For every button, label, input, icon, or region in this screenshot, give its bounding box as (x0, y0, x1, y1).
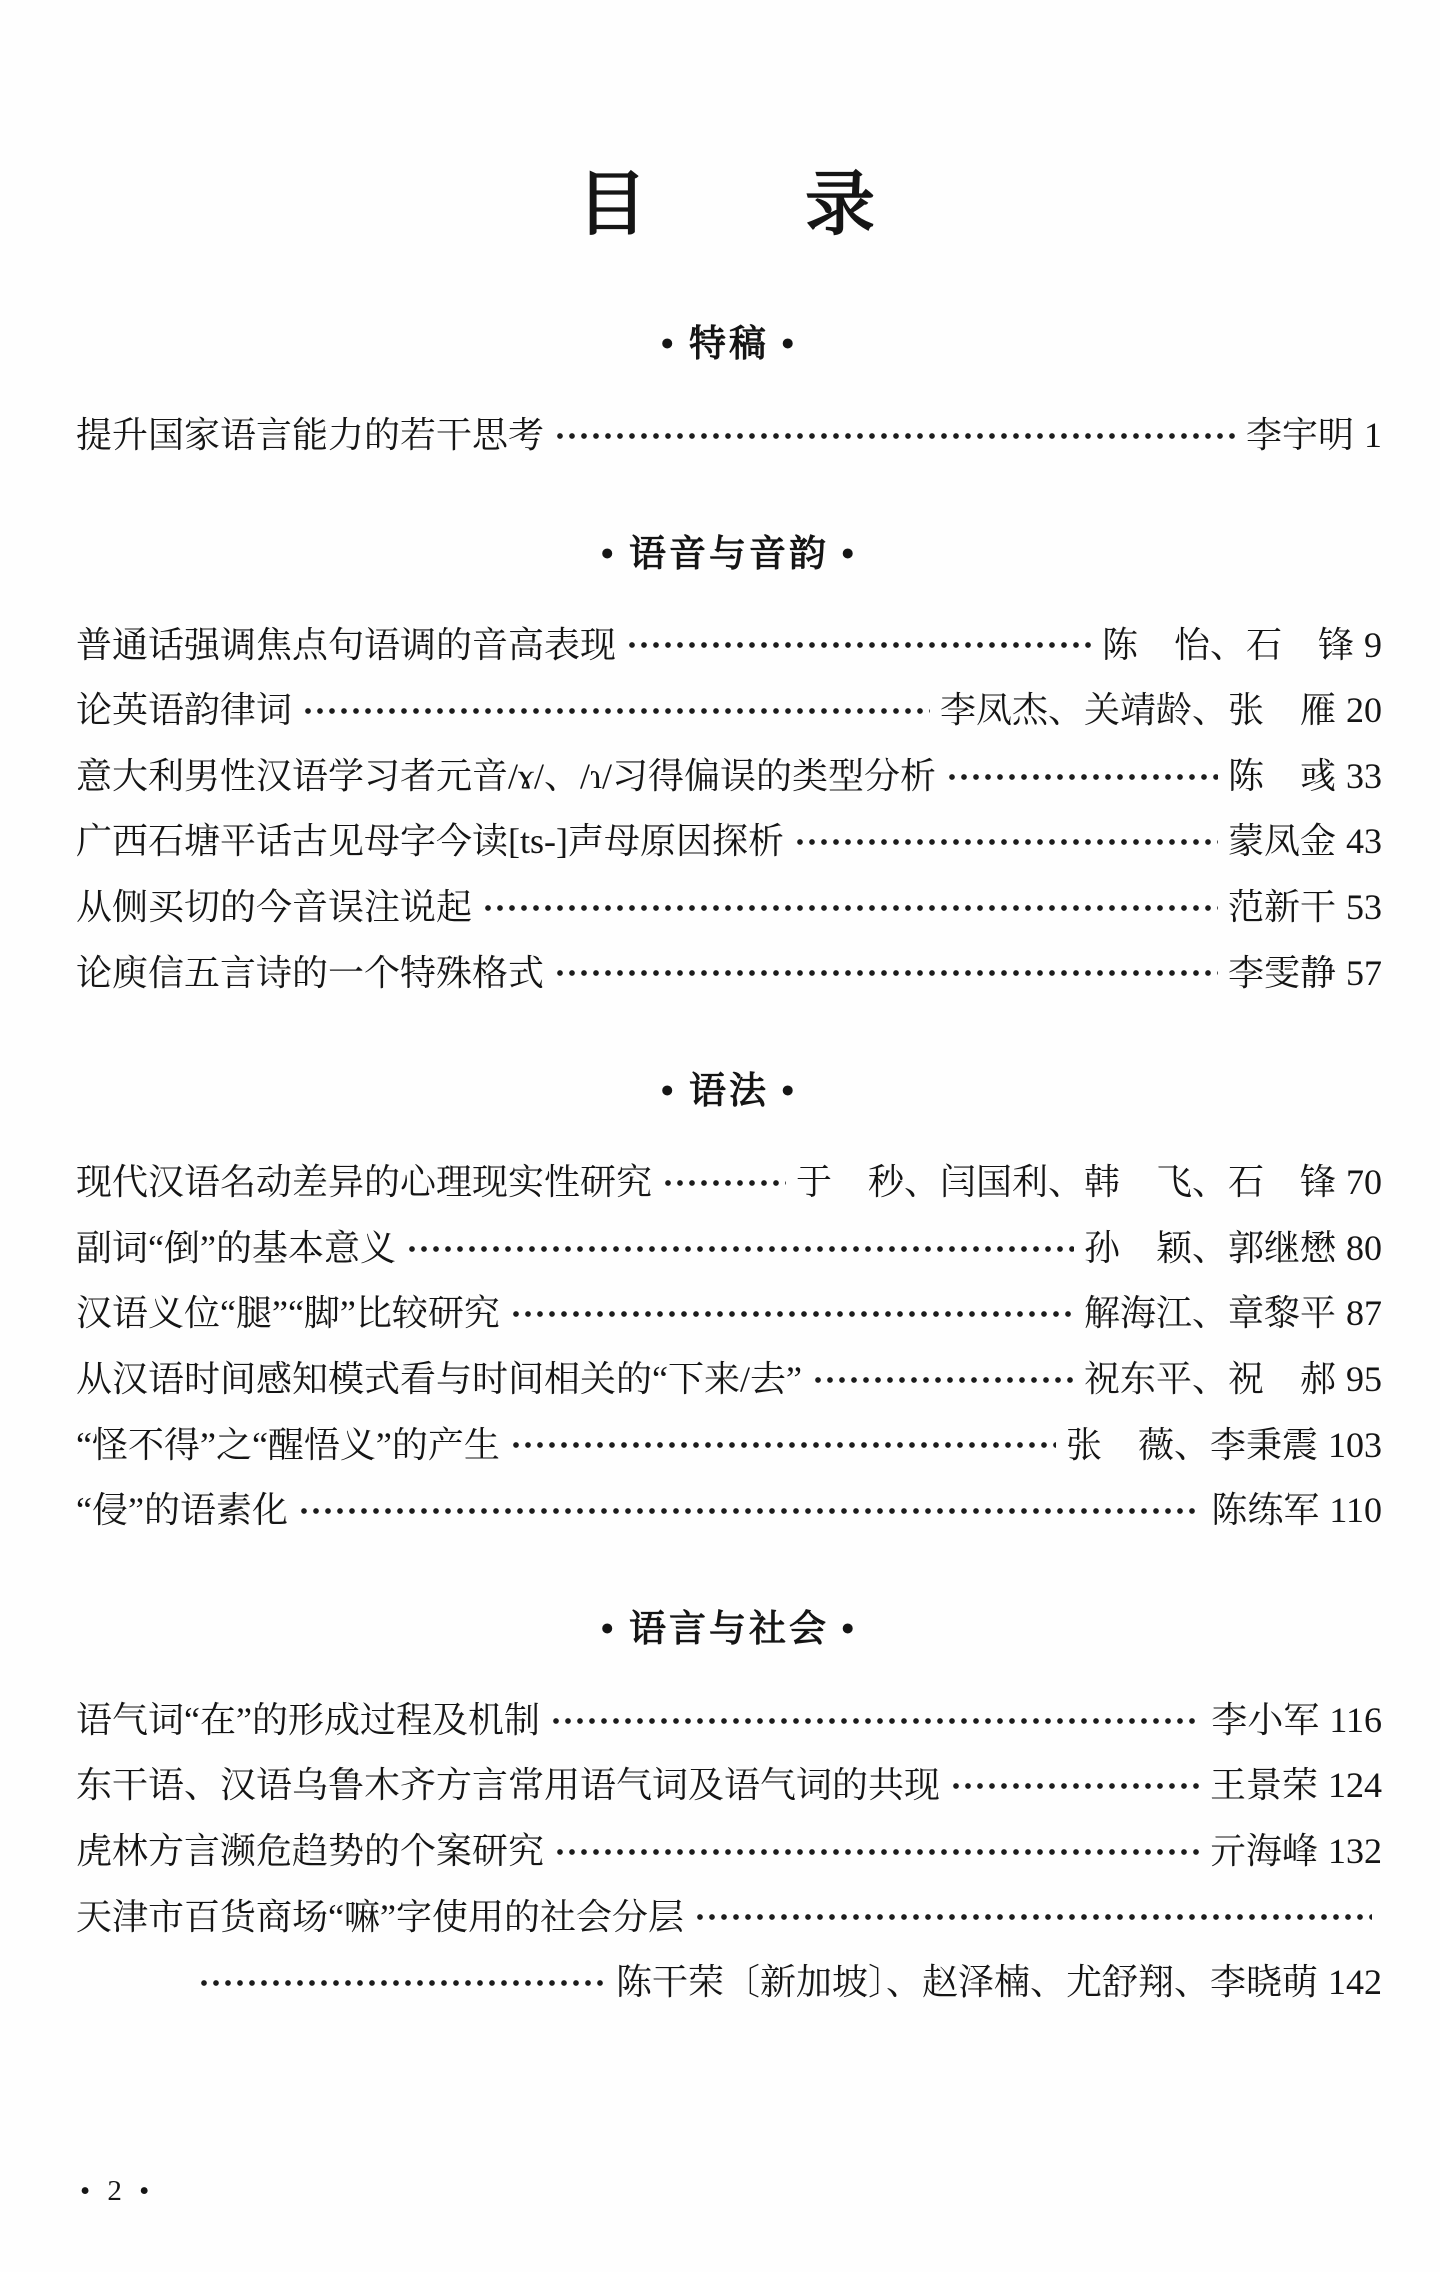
toc-entry: “侵”的语素化陈练军110 (76, 1478, 1382, 1544)
dot-leader (794, 824, 1218, 860)
entry-title: 论英语韵律词 (76, 691, 292, 731)
entry-title: 天津市百货商场“嘛”字使用的社会分层 (76, 1898, 684, 1938)
dot-leader (694, 1899, 1372, 1935)
dot-leader (198, 1965, 606, 2001)
entry-page-number: 116 (1329, 1701, 1382, 1741)
entry-authors: 孙 颖、郭继懋 (1084, 1229, 1336, 1269)
entry-authors: 李宇明 (1246, 416, 1354, 456)
toc-entry: “怪不得”之“醒悟义”的产生张 薇、李秉震103 (76, 1413, 1382, 1479)
toc-entry: 广西石塘平话古见母字今读[ts-]声母原因探析蒙凤金43 (76, 809, 1382, 875)
entry-page-number: 20 (1346, 691, 1382, 731)
entry-authors: 陈 怡、石 锋 (1102, 626, 1354, 666)
entry-authors: 李凤杰、关靖龄、张 雁 (940, 691, 1336, 731)
toc-entry: 现代汉语名动差异的心理现实性研究于 秒、闫国利、韩 飞、石 锋70 (76, 1150, 1382, 1216)
toc-entry: 天津市百货商场“嘛”字使用的社会分层 (76, 1885, 1382, 1951)
dot-leader (812, 1362, 1074, 1398)
entry-page-number: 70 (1346, 1163, 1382, 1203)
entry-title: 现代汉语名动差异的心理现实性研究 (76, 1163, 652, 1203)
entry-title: 从侧买切的今音误注说起 (76, 888, 472, 928)
entry-title: “侵”的语素化 (76, 1491, 288, 1531)
entry-page-number: 1 (1364, 416, 1382, 456)
toc-entry: 陈干荣〔新加坡〕、赵泽楠、尤舒翔、李晓萌142 (188, 1950, 1382, 2016)
entry-page-number: 87 (1346, 1294, 1382, 1334)
toc-entry: 从侧买切的今音误注说起范新干53 (76, 875, 1382, 941)
dot-leader (406, 1231, 1074, 1267)
entry-title: 语气词“在”的形成过程及机制 (76, 1701, 540, 1741)
entry-authors: 于 秒、闫国利、韩 飞、石 锋 (796, 1163, 1336, 1203)
entry-page-number: 124 (1328, 1766, 1382, 1806)
toc-entry: 论庾信五言诗的一个特殊格式李雯静57 (76, 941, 1382, 1007)
entry-title: 意大利男性汉语学习者元音/ɤ/、/ɿ/习得偏误的类型分析 (76, 757, 936, 797)
entry-authors: 亓海峰 (1210, 1832, 1318, 1872)
toc-entry: 论英语韵律词李凤杰、关靖龄、张 雁20 (76, 678, 1382, 744)
entry-title: 论庾信五言诗的一个特殊格式 (76, 954, 544, 994)
page-title: 目 录 (76, 148, 1382, 249)
section-heading: • 特稿 • (76, 313, 1382, 367)
toc-entry: 东干语、汉语乌鲁木齐方言常用语气词及语气词的共现王景荣124 (76, 1753, 1382, 1819)
dot-leader (946, 759, 1218, 795)
entry-title: 提升国家语言能力的若干思考 (76, 416, 544, 456)
dot-leader (302, 693, 930, 729)
entry-title: 东干语、汉语乌鲁木齐方言常用语气词及语气词的共现 (76, 1766, 940, 1806)
entry-page-number: 33 (1346, 757, 1382, 797)
section-heading: • 语音与音韵 • (76, 523, 1382, 577)
dot-leader (950, 1768, 1200, 1804)
toc-entry: 语气词“在”的形成过程及机制李小军116 (76, 1688, 1382, 1754)
dot-leader (662, 1165, 786, 1201)
entry-page-number: 9 (1364, 626, 1382, 666)
entry-authors: 李雯静 (1228, 954, 1336, 994)
entry-authors: 王景荣 (1210, 1766, 1318, 1806)
toc-entry: 普通话强调焦点句语调的音高表现陈 怡、石 锋9 (76, 613, 1382, 679)
entry-title: 虎林方言濒危趋势的个案研究 (76, 1832, 544, 1872)
entry-title: 广西石塘平话古见母字今读[ts-]声母原因探析 (76, 822, 784, 862)
dot-leader (298, 1493, 1201, 1529)
entry-title: 从汉语时间感知模式看与时间相关的“下来/去” (76, 1360, 802, 1400)
entry-page-number: 53 (1346, 888, 1382, 928)
entry-authors: 解海江、章黎平 (1084, 1294, 1336, 1334)
toc-entry: 虎林方言濒危趋势的个案研究亓海峰132 (76, 1819, 1382, 1885)
dot-leader (482, 890, 1218, 926)
entry-authors: 陈 彧 (1228, 757, 1336, 797)
dot-leader (510, 1427, 1056, 1463)
toc: • 特稿 •提升国家语言能力的若干思考李宇明1• 语音与音韵 •普通话强调焦点句… (76, 313, 1382, 2016)
entry-page-number: 103 (1328, 1426, 1382, 1466)
toc-entry: 副词“倒”的基本意义孙 颖、郭继懋80 (76, 1216, 1382, 1282)
dot-leader (626, 627, 1092, 663)
document-page: 目 录 • 特稿 •提升国家语言能力的若干思考李宇明1• 语音与音韵 •普通话强… (0, 0, 1440, 2272)
section-heading: • 语言与社会 • (76, 1598, 1382, 1652)
page-number-footer: • 2 • (80, 2175, 154, 2208)
entry-title: 普通话强调焦点句语调的音高表现 (76, 626, 616, 666)
entry-authors: 祝东平、祝 郝 (1084, 1360, 1336, 1400)
section-heading: • 语法 • (76, 1060, 1382, 1114)
toc-entry: 从汉语时间感知模式看与时间相关的“下来/去”祝东平、祝 郝95 (76, 1347, 1382, 1413)
dot-leader (554, 418, 1236, 454)
entry-page-number: 110 (1329, 1491, 1382, 1531)
entry-page-number: 57 (1346, 954, 1382, 994)
entry-authors: 张 薇、李秉震 (1066, 1426, 1318, 1466)
entry-title: 汉语义位“腿”“脚”比较研究 (76, 1294, 500, 1334)
dot-leader (554, 1834, 1200, 1870)
entry-page-number: 142 (1328, 1963, 1382, 2003)
entry-title: 副词“倒”的基本意义 (76, 1229, 396, 1269)
entry-page-number: 95 (1346, 1360, 1382, 1400)
entry-authors: 蒙凤金 (1228, 822, 1336, 862)
dot-leader (550, 1703, 1201, 1739)
entry-title: “怪不得”之“醒悟义”的产生 (76, 1426, 500, 1466)
toc-entry: 意大利男性汉语学习者元音/ɤ/、/ɿ/习得偏误的类型分析陈 彧33 (76, 744, 1382, 810)
dot-leader (554, 955, 1218, 991)
dot-leader (510, 1296, 1074, 1332)
toc-entry: 汉语义位“腿”“脚”比较研究解海江、章黎平87 (76, 1281, 1382, 1347)
entry-page-number: 80 (1346, 1229, 1382, 1269)
entry-authors: 李小军 (1211, 1701, 1319, 1741)
entry-authors: 陈练军 (1211, 1491, 1319, 1531)
entry-authors: 陈干荣〔新加坡〕、赵泽楠、尤舒翔、李晓萌 (616, 1963, 1318, 2003)
toc-entry: 提升国家语言能力的若干思考李宇明1 (76, 403, 1382, 469)
entry-authors: 范新干 (1228, 888, 1336, 928)
entry-page-number: 132 (1328, 1832, 1382, 1872)
entry-page-number: 43 (1346, 822, 1382, 862)
